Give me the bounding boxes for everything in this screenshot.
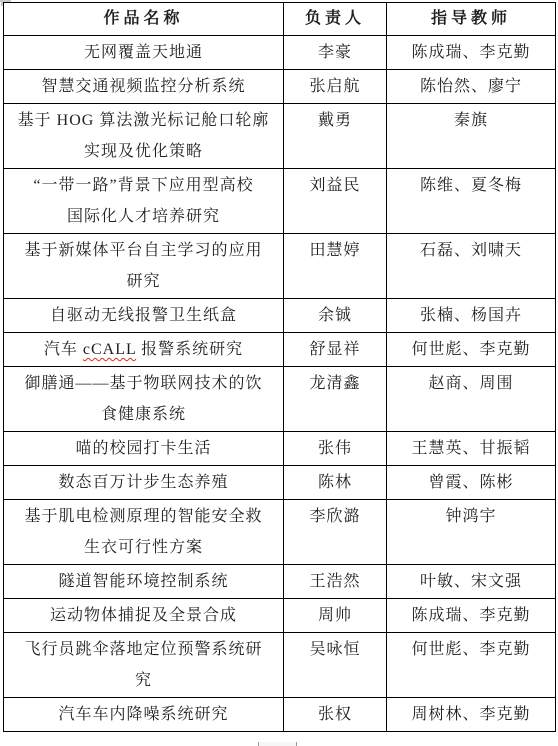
work-title-cell: 汽车车内降噪系统研究 xyxy=(4,698,284,732)
table-row: 运动物体捕捉及全景合成 周帅 陈成瑞、李克勤 xyxy=(4,599,556,633)
work-title-cell: 隧道智能环境控制系统 xyxy=(4,565,284,599)
table-row: 基于 HOG 算法激光标记舱口轮廓 实现及优化策略 戴勇 秦旗 xyxy=(4,104,556,169)
teachers-cell: 陈成瑞、李克勤 xyxy=(387,599,556,633)
work-title-cell: 自驱动无线报警卫生纸盒 xyxy=(4,299,284,333)
table-row: 无网覆盖天地通 李豪 陈成瑞、李克勤 xyxy=(4,36,556,70)
teachers-cell: 周树林、李克勤 xyxy=(387,698,556,732)
header-leader: 负责人 xyxy=(284,3,387,36)
work-title-cell: 运动物体捕捉及全景合成 xyxy=(4,599,284,633)
teachers-cell: 陈怡然、廖宁 xyxy=(387,70,556,104)
table-row: 基于新媒体平台自主学习的应用 研究 田慧婷 石磊、刘啸天 xyxy=(4,234,556,299)
leader-cell: 张启航 xyxy=(284,70,387,104)
leader-cell: 刘益民 xyxy=(284,169,387,234)
leader-cell: 周帅 xyxy=(284,599,387,633)
teachers-cell: 陈成瑞、李克勤 xyxy=(387,36,556,70)
table-row: 自驱动无线报警卫生纸盒 余铖 张楠、杨国卉 xyxy=(4,299,556,333)
table-row: 隧道智能环境控制系统 王浩然 叶敏、宋文强 xyxy=(4,565,556,599)
leader-cell: 戴勇 xyxy=(284,104,387,169)
work-title-cell: 数态百万计步生态养殖 xyxy=(4,466,284,500)
teachers-cell: 秦旗 xyxy=(387,104,556,169)
works-table: 作品名称 负责人 指导教师 无网覆盖天地通 李豪 陈成瑞、李克勤 智慧交通视频监… xyxy=(3,2,556,732)
works-table-body: 无网覆盖天地通 李豪 陈成瑞、李克勤 智慧交通视频监控分析系统 张启航 陈怡然、… xyxy=(4,36,556,732)
table-row: 数态百万计步生态养殖 陈林 曾霞、陈彬 xyxy=(4,466,556,500)
work-title-cell: 御膳通——基于物联网技术的饮 食健康系统 xyxy=(4,367,284,432)
leader-cell: 余铖 xyxy=(284,299,387,333)
leader-cell: 张伟 xyxy=(284,432,387,466)
teachers-cell: 陈维、夏冬梅 xyxy=(387,169,556,234)
work-title-cell: 喵的校园打卡生活 xyxy=(4,432,284,466)
table-row: 喵的校园打卡生活 张伟 王慧英、甘振韬 xyxy=(4,432,556,466)
leader-cell: 李欣潞 xyxy=(284,500,387,565)
work-title-cell: 飞行员跳伞落地定位预警系统研 究 xyxy=(4,633,284,698)
table-row: 汽车 cCALL 报警系统研究 舒显祥 何世彪、李克勤 xyxy=(4,333,556,367)
teachers-cell: 曾霞、陈彬 xyxy=(387,466,556,500)
teachers-cell: 张楠、杨国卉 xyxy=(387,299,556,333)
work-title-cell: 无网覆盖天地通 xyxy=(4,36,284,70)
table-row: 飞行员跳伞落地定位预警系统研 究 吴咏恒 何世彪、李克勤 xyxy=(4,633,556,698)
leader-cell: 陈林 xyxy=(284,466,387,500)
table-row: “一带一路”背景下应用型高校 国际化人才培养研究 刘益民 陈维、夏冬梅 xyxy=(4,169,556,234)
teachers-cell: 钟鸿宇 xyxy=(387,500,556,565)
teachers-cell: 何世彪、李克勤 xyxy=(387,633,556,698)
work-title-cell: 基于肌电检测原理的智能安全救 生衣可行性方案 xyxy=(4,500,284,565)
teachers-cell: 叶敏、宋文强 xyxy=(387,565,556,599)
leader-cell: 田慧婷 xyxy=(284,234,387,299)
leader-cell: 舒显祥 xyxy=(284,333,387,367)
table-row: 御膳通——基于物联网技术的饮 食健康系统 龙清鑫 赵商、周围 xyxy=(4,367,556,432)
work-title-cell: 智慧交通视频监控分析系统 xyxy=(4,70,284,104)
header-work-title: 作品名称 xyxy=(4,3,284,36)
work-title-cell: 汽车 cCALL 报警系统研究 xyxy=(4,333,284,367)
table-row: 汽车车内降噪系统研究 张权 周树林、李克勤 xyxy=(4,698,556,732)
leader-cell: 吴咏恒 xyxy=(284,633,387,698)
header-teachers: 指导教师 xyxy=(387,3,556,36)
teachers-cell: 石磊、刘啸天 xyxy=(387,234,556,299)
teachers-cell: 王慧英、甘振韬 xyxy=(387,432,556,466)
table-row: 基于肌电检测原理的智能安全救 生衣可行性方案 李欣潞 钟鸿宇 xyxy=(4,500,556,565)
scrollbar-thumb-fragment[interactable] xyxy=(258,742,297,746)
leader-cell: 张权 xyxy=(284,698,387,732)
work-title-cell: 基于 HOG 算法激光标记舱口轮廓 实现及优化策略 xyxy=(4,104,284,169)
teachers-cell: 赵商、周围 xyxy=(387,367,556,432)
header-row: 作品名称 负责人 指导教师 xyxy=(4,3,556,36)
leader-cell: 王浩然 xyxy=(284,565,387,599)
misspelled-word: cCALL xyxy=(83,341,136,358)
teachers-cell: 何世彪、李克勤 xyxy=(387,333,556,367)
leader-cell: 李豪 xyxy=(284,36,387,70)
document-page: 作品名称 负责人 指导教师 无网覆盖天地通 李豪 陈成瑞、李克勤 智慧交通视频监… xyxy=(0,0,558,746)
work-title-cell: “一带一路”背景下应用型高校 国际化人才培养研究 xyxy=(4,169,284,234)
work-title-cell: 基于新媒体平台自主学习的应用 研究 xyxy=(4,234,284,299)
table-row: 智慧交通视频监控分析系统 张启航 陈怡然、廖宁 xyxy=(4,70,556,104)
leader-cell: 龙清鑫 xyxy=(284,367,387,432)
